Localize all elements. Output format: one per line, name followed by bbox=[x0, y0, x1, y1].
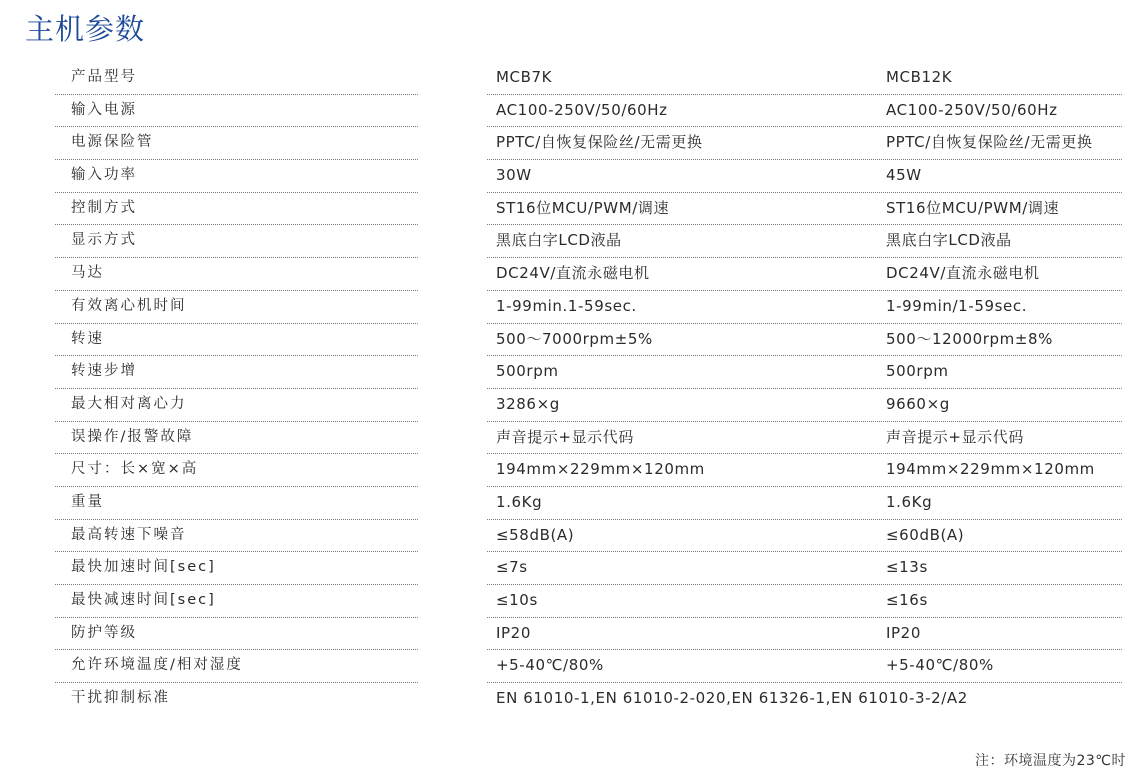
row-label: 转速 bbox=[71, 324, 104, 355]
value-mcb7k: ≤7s bbox=[496, 552, 528, 583]
spec-table: 产品型号 MCB7K MCB12K 输入电源 AC100-250V/50/60H… bbox=[0, 62, 1146, 716]
value-mcb12k: DC24V/直流永磁电机 bbox=[886, 258, 1040, 289]
value-mcb12k: +5-40℃/80% bbox=[886, 650, 994, 681]
row-label: 尺寸：长×宽×高 bbox=[71, 454, 198, 485]
value-mcb7k: 500rpm bbox=[496, 356, 559, 387]
value-mcb12k: 500rpm bbox=[886, 356, 949, 387]
value-mcb12k: ST16位MCU/PWM/调速 bbox=[886, 193, 1059, 224]
value-mcb12k: 194mm×229mm×120mm bbox=[886, 454, 1095, 485]
row-label: 重量 bbox=[71, 487, 104, 518]
value-shared: EN 61010-1,EN 61010-2-020,EN 61326-1,EN … bbox=[496, 683, 968, 714]
value-mcb12k: 45W bbox=[886, 160, 922, 191]
value-mcb7k: IP20 bbox=[496, 618, 531, 649]
table-row-emc-standards: 干扰抑制标准 EN 61010-1,EN 61010-2-020,EN 6132… bbox=[0, 683, 1146, 716]
row-label: 产品型号 bbox=[71, 62, 137, 93]
table-row-motor: 马达 DC24V/直流永磁电机 DC24V/直流永磁电机 bbox=[0, 258, 1146, 291]
table-row-input-power: 输入功率 30W 45W bbox=[0, 160, 1146, 193]
table-row-alarm: 误操作/报警故障 声音提示+显示代码 声音提示+显示代码 bbox=[0, 422, 1146, 455]
row-label: 转速步增 bbox=[71, 356, 137, 387]
value-mcb7k: PPTC/自恢复保险丝/无需更换 bbox=[496, 127, 703, 158]
value-mcb12k: 500～12000rpm±8% bbox=[886, 324, 1053, 355]
row-label: 显示方式 bbox=[71, 225, 137, 256]
table-row-input-power-supply: 输入电源 AC100-250V/50/60Hz AC100-250V/50/60… bbox=[0, 95, 1146, 128]
row-label: 允许环境温度/相对湿度 bbox=[71, 650, 243, 681]
table-row-weight: 重量 1.6Kg 1.6Kg bbox=[0, 487, 1146, 520]
value-mcb12k: PPTC/自恢复保险丝/无需更换 bbox=[886, 127, 1093, 158]
row-label: 马达 bbox=[71, 258, 104, 289]
table-row-max-rcf: 最大相对离心力 3286×g 9660×g bbox=[0, 389, 1146, 422]
value-mcb7k: DC24V/直流永磁电机 bbox=[496, 258, 650, 289]
row-label: 有效离心机时间 bbox=[71, 291, 187, 322]
table-row-model: 产品型号 MCB7K MCB12K bbox=[0, 62, 1146, 95]
row-label: 防护等级 bbox=[71, 618, 137, 649]
table-row-environment: 允许环境温度/相对湿度 +5-40℃/80% +5-40℃/80% bbox=[0, 650, 1146, 683]
value-mcb12k: IP20 bbox=[886, 618, 921, 649]
value-mcb7k: +5-40℃/80% bbox=[496, 650, 604, 681]
value-mcb12k: 1-99min/1-59sec. bbox=[886, 291, 1027, 322]
row-label: 最快减速时间[sec] bbox=[71, 585, 216, 616]
table-row-noise: 最高转速下噪音 ≤58dB(A) ≤60dB(A) bbox=[0, 520, 1146, 553]
value-mcb12k: AC100-250V/50/60Hz bbox=[886, 95, 1058, 126]
value-mcb7k: ST16位MCU/PWM/调速 bbox=[496, 193, 669, 224]
row-label: 最快加速时间[sec] bbox=[71, 552, 216, 583]
value-mcb7k: MCB7K bbox=[496, 62, 552, 93]
table-row-dimensions: 尺寸：长×宽×高 194mm×229mm×120mm 194mm×229mm×1… bbox=[0, 454, 1146, 487]
value-mcb7k: AC100-250V/50/60Hz bbox=[496, 95, 668, 126]
page-title: 主机参数 bbox=[25, 10, 145, 48]
row-label: 最大相对离心力 bbox=[71, 389, 187, 420]
value-mcb12k: ≤13s bbox=[886, 552, 928, 583]
value-mcb12k: 黑底白字LCD液晶 bbox=[886, 225, 1012, 256]
footnote: 注：环境温度为23℃时 bbox=[975, 750, 1126, 770]
table-row-display-mode: 显示方式 黑底白字LCD液晶 黑底白字LCD液晶 bbox=[0, 225, 1146, 258]
value-mcb12k: 9660×g bbox=[886, 389, 950, 420]
value-mcb12k: MCB12K bbox=[886, 62, 952, 93]
table-row-accel-time: 最快加速时间[sec] ≤7s ≤13s bbox=[0, 552, 1146, 585]
value-mcb12k: 1.6Kg bbox=[886, 487, 932, 518]
value-mcb12k: ≤16s bbox=[886, 585, 928, 616]
table-row-speed: 转速 500～7000rpm±5% 500～12000rpm±8% bbox=[0, 324, 1146, 357]
value-mcb7k: 1.6Kg bbox=[496, 487, 542, 518]
table-row-speed-increment: 转速步增 500rpm 500rpm bbox=[0, 356, 1146, 389]
value-mcb7k: 194mm×229mm×120mm bbox=[496, 454, 705, 485]
row-label: 电源保险管 bbox=[71, 127, 154, 158]
row-label: 最高转速下噪音 bbox=[71, 520, 187, 551]
value-mcb7k: 1-99min.1-59sec. bbox=[496, 291, 637, 322]
row-label: 误操作/报警故障 bbox=[71, 422, 193, 453]
value-mcb7k: 黑底白字LCD液晶 bbox=[496, 225, 622, 256]
value-mcb7k: 500～7000rpm±5% bbox=[496, 324, 653, 355]
value-mcb7k: 30W bbox=[496, 160, 532, 191]
value-mcb7k: 3286×g bbox=[496, 389, 560, 420]
value-mcb7k: ≤58dB(A) bbox=[496, 520, 574, 551]
table-row-control-mode: 控制方式 ST16位MCU/PWM/调速 ST16位MCU/PWM/调速 bbox=[0, 193, 1146, 226]
value-mcb12k: 声音提示+显示代码 bbox=[886, 422, 1024, 453]
value-mcb7k: 声音提示+显示代码 bbox=[496, 422, 634, 453]
table-row-fuse: 电源保险管 PPTC/自恢复保险丝/无需更换 PPTC/自恢复保险丝/无需更换 bbox=[0, 127, 1146, 160]
table-row-decel-time: 最快减速时间[sec] ≤10s ≤16s bbox=[0, 585, 1146, 618]
row-label: 控制方式 bbox=[71, 193, 137, 224]
table-row-protection-class: 防护等级 IP20 IP20 bbox=[0, 618, 1146, 651]
value-mcb12k: ≤60dB(A) bbox=[886, 520, 964, 551]
row-label: 输入电源 bbox=[71, 95, 137, 126]
row-label: 干扰抑制标准 bbox=[71, 683, 170, 714]
table-row-timer: 有效离心机时间 1-99min.1-59sec. 1-99min/1-59sec… bbox=[0, 291, 1146, 324]
value-mcb7k: ≤10s bbox=[496, 585, 538, 616]
row-label: 输入功率 bbox=[71, 160, 137, 191]
